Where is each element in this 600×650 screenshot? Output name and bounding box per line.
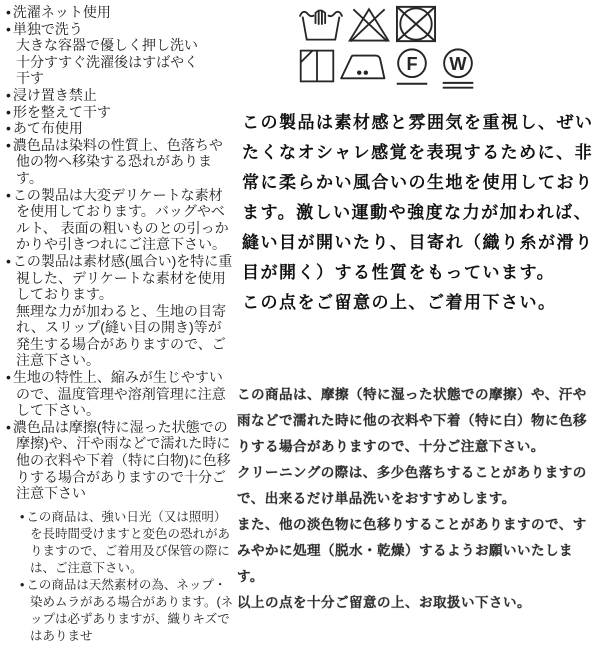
do-not-tumble-dry-icon — [394, 4, 438, 44]
dry-clean-letter: F — [406, 54, 417, 74]
line-dry-in-shade-icon — [298, 47, 336, 85]
dry-clean-f-icon: F — [390, 47, 434, 89]
care-instruction-sub-item: この商品は天然素材の為、ネップ・染めムラがある場合があります。(ネップは必ずあり… — [20, 577, 234, 645]
care-instructions-list: 洗濯ネット使用単独で洗う 大きな容器で優しく押し洗い 十分すすぐ洗濯後はすばやく… — [6, 4, 234, 645]
care-instruction-item: この製品は大変デリケートな素材を使用しております。バッグやベルト、 表面の粗いも… — [6, 187, 234, 253]
care-instruction-sub-item: この商品は、強い日光（又は照明）を長時間受けますと変色の恐れがありますので、ご着… — [20, 509, 234, 577]
care-sub-list: この商品は、強い日光（又は照明）を長時間受けますと変色の恐れがありますので、ご着… — [6, 509, 234, 645]
hand-wash-icon — [298, 4, 344, 44]
care-instruction-item: 形を整えて干す — [6, 104, 234, 121]
care-instructions-page: 洗濯ネット使用単独で洗う 大きな容器で優しく押し洗い 十分すすぐ洗濯後はすばやく… — [0, 0, 600, 650]
do-not-bleach-icon — [346, 4, 392, 44]
care-instruction-item: この製品は素材感(風合い)を特に重視した、デリケートな素材を使用しております。 … — [6, 253, 234, 369]
care-instruction-item: 浸け置き禁止 — [6, 87, 234, 104]
care-instruction-item: 洗濯ネット使用 — [6, 4, 234, 21]
iron-medium-icon — [338, 47, 388, 85]
care-instruction-item: 濃色品は摩擦(特に湿った状態での摩擦)や、汗や雨などで濡れた時に他の衣料や下着（… — [6, 419, 234, 502]
care-symbols-row-2: F W — [298, 47, 482, 91]
care-instruction-item: 濃色品は染料の性質上、色落ちや他の物へ移染する恐れがあります。 — [6, 137, 234, 187]
care-main-list: 洗濯ネット使用単独で洗う 大きな容器で優しく押し洗い 十分すすぐ洗濯後はすばやく… — [6, 4, 234, 502]
color-transfer-note-paragraph: この商品は、摩擦（特に湿った状態での摩擦）や、汗や雨などで濡れた時に他の衣料や下… — [237, 382, 597, 616]
fabric-note-paragraph: この製品は素材感と雰囲気を重視し、ぜいたくなオシャレ感覚を表現するために、非常に… — [242, 108, 594, 318]
care-symbols-grid: F W — [298, 4, 482, 91]
care-instruction-item: 生地の特性上、縮みが生じやすいので、温度管理や溶剤管理に注意して下さい。 — [6, 369, 234, 419]
wet-clean-letter: W — [449, 54, 467, 74]
care-symbols-row-1 — [298, 4, 482, 44]
wet-clean-w-icon: W — [436, 47, 480, 91]
care-instruction-item: 単独で洗う 大きな容器で優しく押し洗い 十分すすぐ洗濯後はすばやく 干す — [6, 21, 234, 87]
care-instruction-item: あて布使用 — [6, 120, 234, 137]
